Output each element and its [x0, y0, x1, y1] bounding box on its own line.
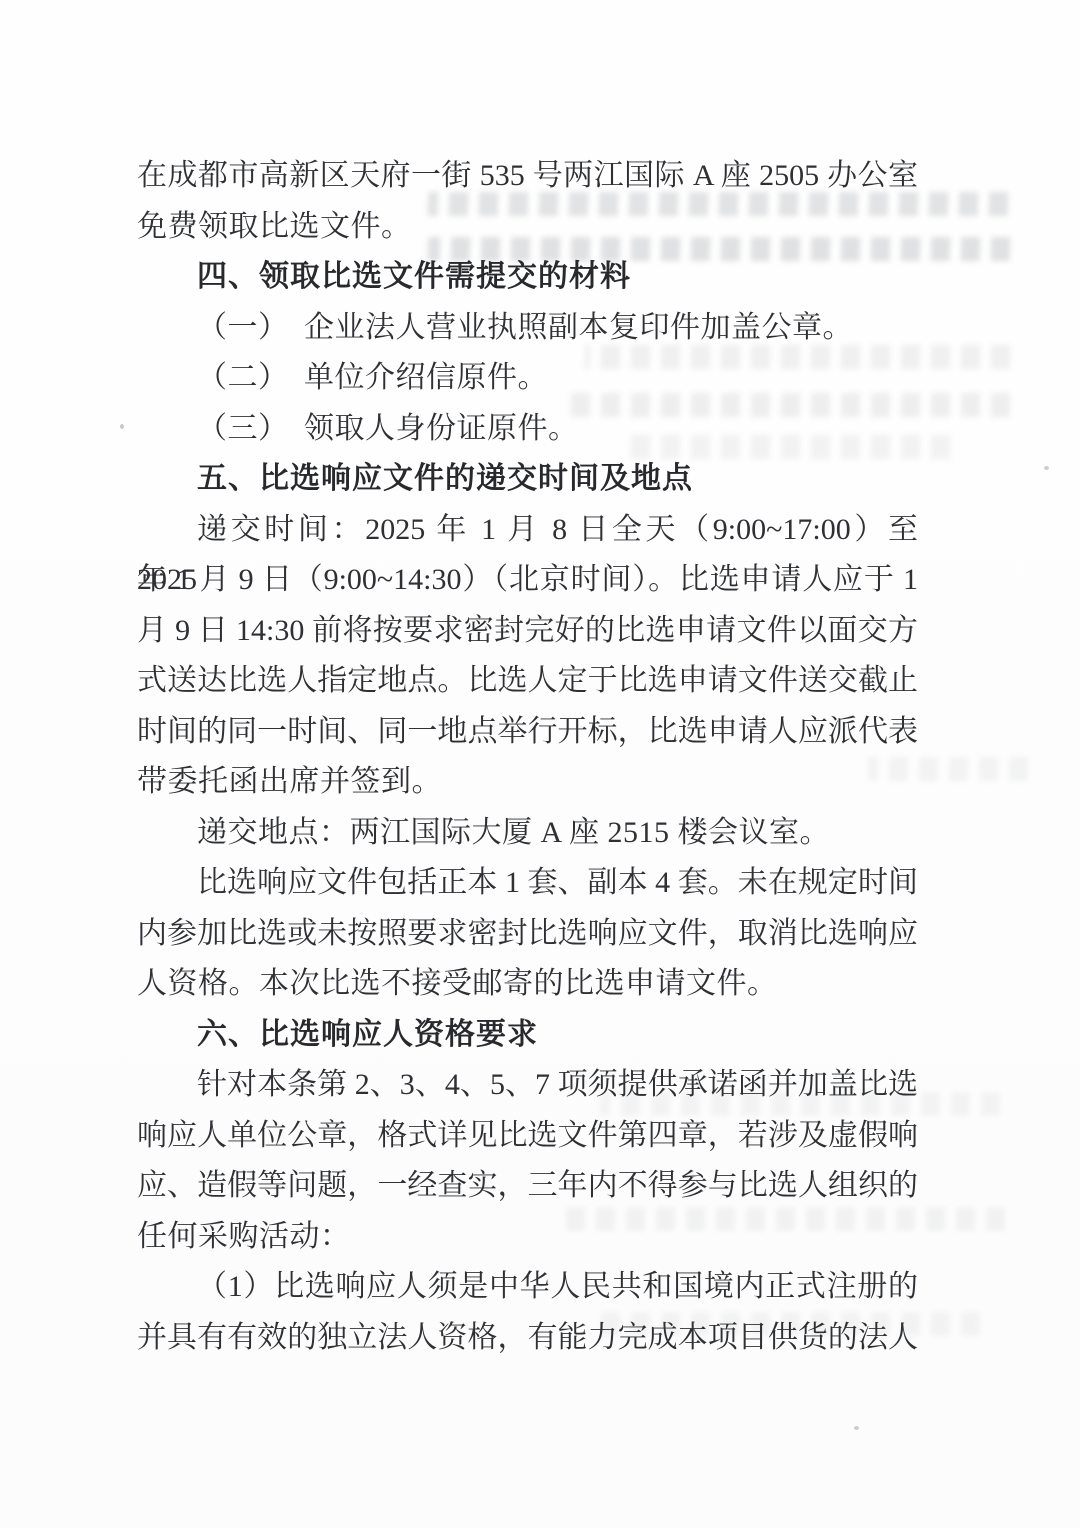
text-line: 在成都市高新区天府一街 535 号两江国际 A 座 2505 办公室 [137, 151, 918, 202]
text-line: 递交时间：2025 年 1 月 8 日全天（9:00~17:00）至 2025 [137, 505, 918, 556]
section-heading: 六、比选响应人资格要求 [137, 1010, 918, 1061]
text-line: 年 1 月 9 日（9:00~14:30）（北京时间）。比选申请人应于 1 [137, 555, 918, 606]
text-line: （1）比选响应人须是中华人民共和国境内正式注册的 [137, 1262, 918, 1313]
text-line: 时间的同一时间、同一地点举行开标，比选申请人应派代表 [137, 707, 918, 758]
text-line: （一） 企业法人营业执照副本复印件加盖公章。 [137, 303, 918, 354]
text-line: （三） 领取人身份证原件。 [137, 404, 918, 455]
scan-speck [120, 424, 124, 429]
section-heading: 四、领取比选文件需提交的材料 [137, 252, 918, 303]
text-line: 人资格。本次比选不接受邮寄的比选申请文件。 [137, 959, 918, 1010]
text-line: 月 9 日 14:30 前将按要求密封完好的比选申请文件以面交方 [137, 606, 918, 657]
text-line: 内参加比选或未按照要求密封比选响应文件，取消比选响应 [137, 909, 918, 960]
text-line: 式送达比选人指定地点。比选人定于比选申请文件送交截止 [137, 656, 918, 707]
section-heading: 五、比选响应文件的递交时间及地点 [137, 454, 918, 505]
text-line: 比选响应文件包括正本 1 套、副本 4 套。未在规定时间 [137, 858, 918, 909]
scanned-document-page: 在成都市高新区天府一街 535 号两江国际 A 座 2505 办公室免费领取比选… [0, 0, 1080, 1528]
text-line: 响应人单位公章，格式详见比选文件第四章，若涉及虚假响 [137, 1111, 918, 1162]
text-line: 应、造假等问题，一经查实，三年内不得参与比选人组织的 [137, 1161, 918, 1212]
text-line: 免费领取比选文件。 [137, 202, 918, 253]
scan-speck [1044, 466, 1049, 470]
scan-speck [854, 1426, 859, 1430]
text-line: 任何采购活动： [137, 1212, 918, 1263]
text-line: 并具有有效的独立法人资格，有能力完成本项目供货的法人 [137, 1313, 918, 1364]
document-body: 在成都市高新区天府一街 535 号两江国际 A 座 2505 办公室免费领取比选… [137, 151, 918, 1363]
text-line: 针对本条第 2、3、4、5、7 项须提供承诺函并加盖比选 [137, 1060, 918, 1111]
text-line: 递交地点：两江国际大厦 A 座 2515 楼会议室。 [137, 808, 918, 859]
text-line: 带委托函出席并签到。 [137, 757, 918, 808]
text-line: （二） 单位介绍信原件。 [137, 353, 918, 404]
